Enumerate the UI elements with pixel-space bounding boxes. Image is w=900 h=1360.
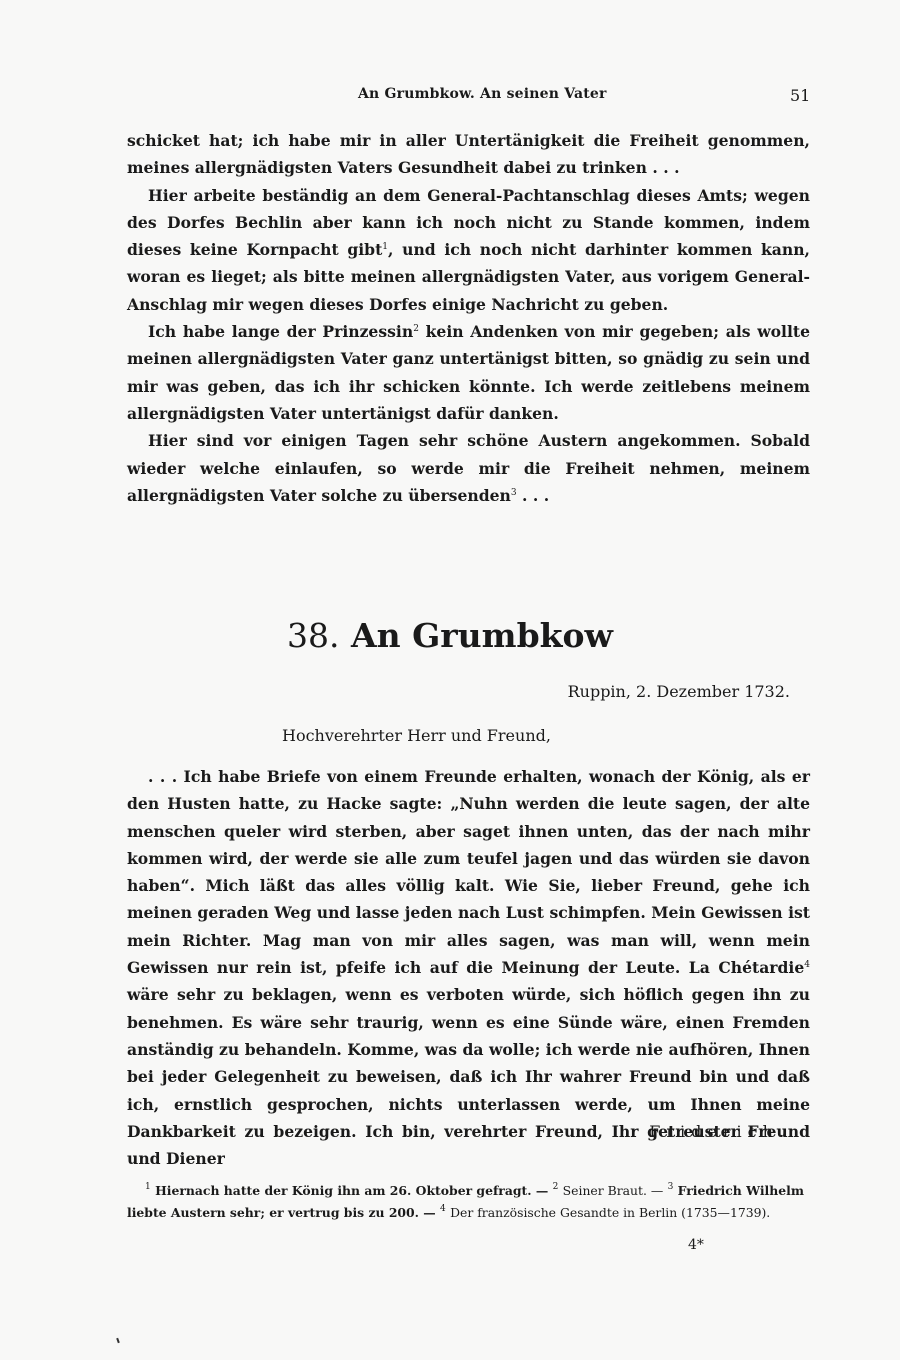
paragraph-text: Ich habe lange der Prinzessin <box>148 322 413 341</box>
scan-speck <box>116 1338 120 1343</box>
paragraph-text: . . . Ich habe Briefe von einem Freunde … <box>127 767 810 977</box>
letter-heading: 38. An Grumbkow <box>0 616 900 655</box>
footnotes: 1 Hiernach hatte der König ihn am 26. Ok… <box>127 1180 810 1224</box>
paragraph-text: schicket hat; ich habe mir in aller Unte… <box>127 131 810 177</box>
letter-number: 38. <box>287 616 339 655</box>
footnote-text: Hiernach hatte der König ihn am 26. Okto… <box>155 1183 548 1198</box>
signature: Friderich. <box>649 1122 790 1141</box>
page-number: 51 <box>790 86 810 105</box>
footnote-mark: 2 <box>553 1182 559 1192</box>
salutation: Hochverehrter Herr und Freund, <box>282 726 551 745</box>
paragraph: Ich habe lange der Prinzessin2 kein Ande… <box>127 318 810 427</box>
printer-signature-mark: 4* <box>688 1237 704 1253</box>
paragraph: Hier sind vor einigen Tagen sehr schöne … <box>127 427 810 509</box>
footnote-text: Der französische Gesandte in Berlin (173… <box>450 1205 770 1220</box>
footnote-mark: 4 <box>440 1204 446 1214</box>
footnote-mark: 3 <box>668 1182 674 1192</box>
running-head: An Grumbkow. An seinen Vater 51 <box>0 86 900 110</box>
letter-body: . . . Ich habe Briefe von einem Freunde … <box>127 763 810 1172</box>
paragraph: . . . Ich habe Briefe von einem Freunde … <box>127 763 810 1172</box>
book-page: An Grumbkow. An seinen Vater 51 schicket… <box>0 0 900 1360</box>
paragraph: schicket hat; ich habe mir in aller Unte… <box>127 127 810 182</box>
footnote-mark: 1 <box>145 1182 151 1192</box>
dateline: Ruppin, 2. Dezember 1732. <box>568 682 790 701</box>
paragraph: Hier arbeite beständig an dem General-Pa… <box>127 182 810 318</box>
footnote-reference: 4 <box>804 960 810 970</box>
paragraph-text: Hier sind vor einigen Tagen sehr schöne … <box>127 431 810 505</box>
paragraph-text: . . . <box>517 486 550 505</box>
running-title: An Grumbkow. An seinen Vater <box>358 86 607 102</box>
previous-letter-text: schicket hat; ich habe mir in aller Unte… <box>127 127 810 509</box>
footnote-line: 1 Hiernach hatte der König ihn am 26. Ok… <box>127 1180 810 1224</box>
footnote-text: Seiner Braut. — <box>563 1183 664 1198</box>
letter-title: An Grumbkow <box>351 616 613 655</box>
